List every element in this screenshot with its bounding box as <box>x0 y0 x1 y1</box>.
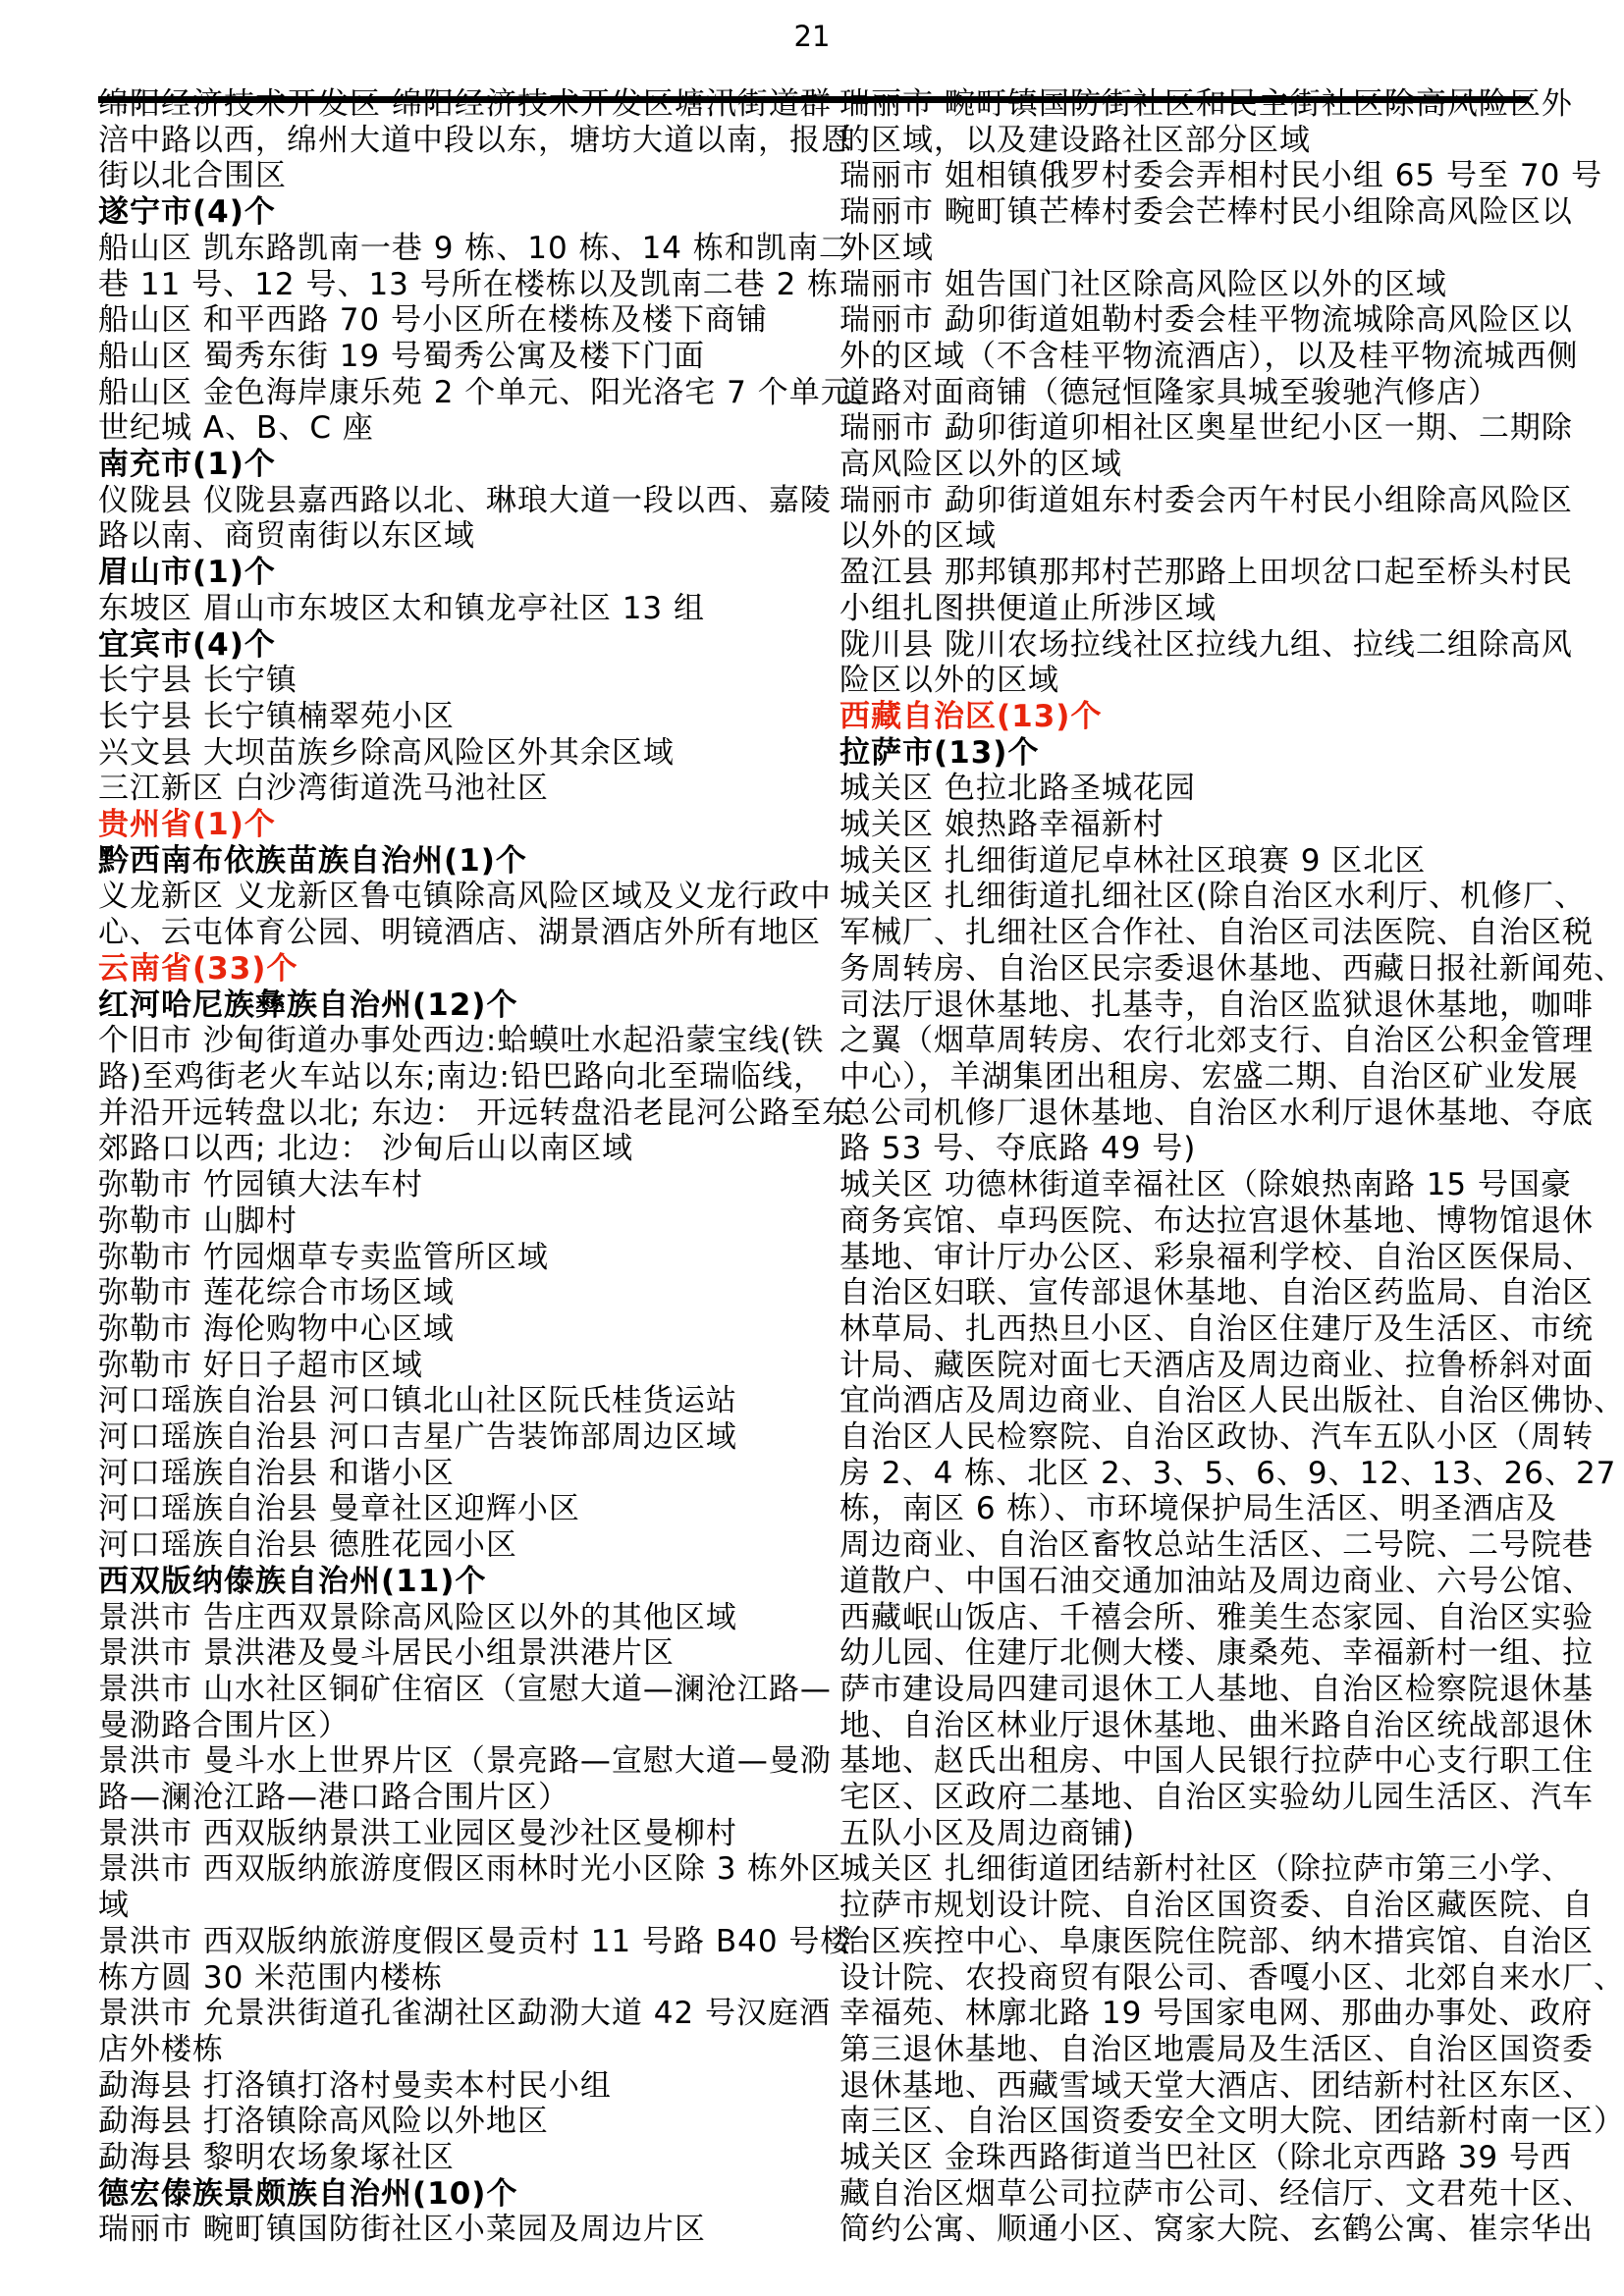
text-line: 弥勒市 莲花综合市场区域 <box>98 1275 817 1311</box>
text-line: 勐海县 黎明农场象塚社区 <box>98 2140 817 2176</box>
text-line: 世纪城 A、B、C 座 <box>98 410 817 447</box>
text-line: 宅区、区政府二基地、自治区实验幼儿园生活区、汽车 <box>839 1780 1558 1816</box>
text-line: 河口瑶族自治县 曼章社区迎辉小区 <box>98 1491 817 1527</box>
text-line: 五队小区及周边商铺) <box>839 1816 1558 1852</box>
text-line: 巷 11 号、12 号、13 号所在楼栋以及凯南二巷 2 栋 <box>98 267 817 303</box>
text-line: 自治区妇联、宣传部退休基地、自治区药监局、自治区 <box>839 1275 1558 1311</box>
text-line: 河口瑶族自治县 和谐小区 <box>98 1456 817 1492</box>
text-line: 拉萨市规划设计院、自治区国资委、自治区藏医院、自 <box>839 1888 1558 1924</box>
text-line: 军械厂、扎细社区合作社、自治区司法医院、自治区税 <box>839 915 1558 951</box>
text-line: 西双版纳傣族自治州(11)个 <box>98 1564 817 1600</box>
text-line: 务周转房、自治区民宗委退休基地、西藏日报社新闻苑、 <box>839 951 1558 988</box>
text-line: 街以北合围区 <box>98 158 817 194</box>
text-line: 城关区 扎细街道团结新村社区（除拉萨市第三小学、 <box>839 1851 1558 1888</box>
text-line: 西藏自治区(13)个 <box>839 699 1558 735</box>
text-line: 道散户、中国石油交通加油站及周边商业、六号公馆、 <box>839 1564 1558 1600</box>
text-line: 河口瑶族自治县 德胜花园小区 <box>98 1527 817 1564</box>
text-line: 瑞丽市 畹町镇芒棒村委会芒棒村民小组除高风险区以 <box>839 194 1558 231</box>
text-line: 房 2、4 栋、北区 2、3、5、6、9、12、13、26、27 <box>839 1456 1558 1492</box>
text-line: 瑞丽市 勐卯街道姐勒村委会桂平物流城除高风险区以 <box>839 302 1558 339</box>
text-line: 宜尚酒店及周边商业、自治区人民出版社、自治区佛协、 <box>839 1383 1558 1419</box>
text-line: 贵州省(1)个 <box>98 807 817 843</box>
text-line: 城关区 扎细街道扎细社区(除自治区水利厅、机修厂、 <box>839 879 1558 915</box>
text-line: 景洪市 景洪港及曼斗居民小组景洪港片区 <box>98 1635 817 1672</box>
text-line: 盈江县 那邦镇那邦村芒那路上田坝岔口起至桥头村民 <box>839 555 1558 591</box>
text-line: 萨市建设局四建司退休工人基地、自治区检察院退休基 <box>839 1672 1558 1708</box>
text-line: 黔西南布依族苗族自治州(1)个 <box>98 843 817 880</box>
text-line: 栋，南区 6 栋）、市环境保护局生活区、明圣酒店及 <box>839 1491 1558 1527</box>
text-line: 心、云屯体育公园、明镜酒店、湖景酒店外所有地区 <box>98 915 817 951</box>
text-line: 自治区人民检察院、自治区政协、汽车五队小区（周转 <box>839 1419 1558 1456</box>
text-line: 义龙新区 义龙新区鲁屯镇除高风险区域及义龙行政中 <box>98 879 817 915</box>
text-line: 林草局、扎西热旦小区、自治区住建厅及生活区、市统 <box>839 1311 1558 1348</box>
text-line: 南三区、自治区国资委安全文明大院、团结新村南一区） <box>839 2104 1558 2140</box>
text-line: 遂宁市(4)个 <box>98 194 817 231</box>
text-line: 瑞丽市 姐告国门社区除高风险区以外的区域 <box>839 267 1558 303</box>
text-line: 西藏岷山饭店、千禧会所、雅美生态家园、自治区实验 <box>839 1600 1558 1636</box>
right-column: 瑞丽市 畹町镇国防街社区和民主街社区除高风险区外的区域，以及建设路社区部分区域瑞… <box>839 86 1558 2248</box>
text-line: 瑞丽市 勐卯街道姐东村委会丙午村民小组除高风险区 <box>839 483 1558 519</box>
text-line: 三江新区 白沙湾街道洗马池社区 <box>98 771 817 807</box>
text-line: 周边商业、自治区畜牧总站生活区、二号院、二号院巷 <box>839 1527 1558 1564</box>
text-line: 船山区 凯东路凯南一巷 9 栋、10 栋、14 栋和凯南二 <box>98 231 817 267</box>
text-line: 弥勒市 竹园烟草专卖监管所区域 <box>98 1240 817 1276</box>
text-line: 路)至鸡街老火车站以东;南边:铅巴路向北至瑞临线， <box>98 1059 817 1095</box>
left-column: 绵阳经济技术开发区 绵阳经济技术开发区塘汛街道群涪中路以西，绵州大道中段以东，塘… <box>98 86 817 2248</box>
text-line: 景洪市 允景洪街道孔雀湖社区勐泐大道 42 号汉庭酒 <box>98 1996 817 2032</box>
text-line: 之翼（烟草周转房、农行北郊支行、自治区公积金管理 <box>839 1023 1558 1059</box>
text-line: 幼儿园、住建厅北侧大楼、康桑苑、幸福新村一组、拉 <box>839 1635 1558 1672</box>
text-line: 景洪市 山水社区铜矿住宿区（宣慰大道—澜沧江路— <box>98 1672 817 1708</box>
text-line: 南充市(1)个 <box>98 447 817 483</box>
text-line: 外区域 <box>839 231 1558 267</box>
text-line: 河口瑶族自治县 河口吉星广告装饰部周边区域 <box>98 1419 817 1456</box>
text-line: 计局、藏医院对面七天酒店及周边商业、拉鲁桥斜对面 <box>839 1348 1558 1384</box>
text-line: 道路对面商铺（德冠恒隆家具城至骏驰汽修店） <box>839 375 1558 411</box>
text-line: 景洪市 西双版纳旅游度假区雨林时光小区除 3 栋外区 <box>98 1851 817 1888</box>
text-line: 栋方圆 30 米范围内楼栋 <box>98 1960 817 1997</box>
text-line: 店外楼栋 <box>98 2032 817 2068</box>
text-line: 域 <box>98 1888 817 1924</box>
text-line: 宜宾市(4)个 <box>98 627 817 664</box>
text-line: 藏自治区烟草公司拉萨市公司、经信厅、文君苑十区、 <box>839 2176 1558 2213</box>
text-line: 基地、赵氏出租房、中国人民银行拉萨中心支行职工住 <box>839 1743 1558 1780</box>
text-line: 眉山市(1)个 <box>98 555 817 591</box>
text-line: 商务宾馆、卓玛医院、布达拉宫退休基地、博物馆退休 <box>839 1203 1558 1240</box>
text-line: 红河哈尼族彝族自治州(12)个 <box>98 988 817 1024</box>
text-line: 兴文县 大坝苗族乡除高风险区外其余区域 <box>98 735 817 772</box>
text-line: 绵阳经济技术开发区 绵阳经济技术开发区塘汛街道群 <box>98 86 817 123</box>
text-line: 长宁县 长宁镇 <box>98 663 817 699</box>
text-line: 瑞丽市 勐卯街道卯相社区奥星世纪小区一期、二期除 <box>839 410 1558 447</box>
text-line: 曼泐路合围片区） <box>98 1708 817 1744</box>
text-line: 路 53 号、夺底路 49 号) <box>839 1131 1558 1167</box>
text-line: 的区域，以及建设路社区部分区域 <box>839 123 1558 159</box>
text-line: 弥勒市 海伦购物中心区域 <box>98 1311 817 1348</box>
text-line: 河口瑶族自治县 河口镇北山社区阮氏桂货运站 <box>98 1383 817 1419</box>
text-line: 设计院、农投商贸有限公司、香嘎小区、北郊自来水厂、 <box>839 1960 1558 1997</box>
text-line: 景洪市 曼斗水上世界片区（景亮路—宣慰大道—曼泐 <box>98 1743 817 1780</box>
text-line: 城关区 功德林街道幸福社区（除娘热南路 15 号国豪 <box>839 1167 1558 1203</box>
text-line: 简约公寓、顺通小区、窝家大院、玄鹤公寓、崔宗华出 <box>839 2212 1558 2248</box>
text-line: 拉萨市(13)个 <box>839 735 1558 772</box>
text-line: 弥勒市 竹园镇大法车村 <box>98 1167 817 1203</box>
text-line: 船山区 蜀秀东街 19 号蜀秀公寓及楼下门面 <box>98 339 817 375</box>
text-line: 以外的区域 <box>839 518 1558 555</box>
text-line: 地、自治区林业厅退休基地、曲米路自治区统战部退休 <box>839 1708 1558 1744</box>
text-line: 幸福苑、林廓北路 19 号国家电网、那曲办事处、政府 <box>839 1996 1558 2032</box>
text-line: 中心），羊湖集团出租房、宏盛二期、自治区矿业发展 <box>839 1059 1558 1095</box>
text-line: 勐海县 打洛镇打洛村曼卖本村民小组 <box>98 2068 817 2105</box>
text-line: 司法厅退休基地、扎基寺，自治区监狱退休基地，咖啡 <box>839 988 1558 1024</box>
text-line: 郊路口以西; 北边： 沙甸后山以南区域 <box>98 1131 817 1167</box>
text-line: 总公司机修厂退休基地、自治区水利厅退休基地、夺底 <box>839 1095 1558 1132</box>
page-number: 21 <box>0 20 1624 53</box>
text-line: 城关区 娘热路幸福新村 <box>839 807 1558 843</box>
text-line: 高风险区以外的区域 <box>839 447 1558 483</box>
text-line: 弥勒市 山脚村 <box>98 1203 817 1240</box>
text-line: 城关区 金珠西路街道当巴社区（除北京西路 39 号西 <box>839 2140 1558 2176</box>
text-line: 瑞丽市 畹町镇国防街社区小菜园及周边片区 <box>98 2212 817 2248</box>
text-line: 德宏傣族景颇族自治州(10)个 <box>98 2176 817 2213</box>
text-line: 退休基地、西藏雪域天堂大酒店、团结新村社区东区、 <box>839 2068 1558 2105</box>
text-line: 基地、审计厅办公区、彩泉福利学校、自治区医保局、 <box>839 1240 1558 1276</box>
text-line: 并沿开远转盘以北; 东边： 开远转盘沿老昆河公路至东 <box>98 1095 817 1132</box>
text-line: 小组扎图拱便道止所涉区域 <box>839 591 1558 627</box>
text-line: 涪中路以西，绵州大道中段以东，塘坊大道以南，报恩 <box>98 123 817 159</box>
document-page: 21 绵阳经济技术开发区 绵阳经济技术开发区塘汛街道群涪中路以西，绵州大道中段以… <box>0 0 1624 2296</box>
text-line: 路—澜沧江路—港口路合围片区） <box>98 1780 817 1816</box>
text-line: 东坡区 眉山市东坡区太和镇龙亭社区 13 组 <box>98 591 817 627</box>
text-line: 陇川县 陇川农场拉线社区拉线九组、拉线二组除高风 <box>839 627 1558 664</box>
text-line: 城关区 色拉北路圣城花园 <box>839 771 1558 807</box>
text-line: 瑞丽市 畹町镇国防街社区和民主街社区除高风险区外 <box>839 86 1558 123</box>
text-line: 景洪市 西双版纳旅游度假区曼贡村 11 号路 B40 号楼 <box>98 1924 817 1960</box>
text-line: 城关区 扎细街道尼卓林社区琅赛 9 区北区 <box>839 843 1558 880</box>
text-line: 长宁县 长宁镇楠翠苑小区 <box>98 699 817 735</box>
text-line: 景洪市 告庄西双景除高风险区以外的其他区域 <box>98 1600 817 1636</box>
text-line: 船山区 金色海岸康乐苑 2 个单元、阳光洛宅 7 个单元、 <box>98 375 817 411</box>
text-line: 个旧市 沙甸街道办事处西边:蛤蟆吐水起沿蒙宝线(铁 <box>98 1023 817 1059</box>
text-line: 治区疾控中心、阜康医院住院部、纳木措宾馆、自治区 <box>839 1924 1558 1960</box>
text-line: 第三退休基地、自治区地震局及生活区、自治区国资委 <box>839 2032 1558 2068</box>
text-line: 勐海县 打洛镇除高风险以外地区 <box>98 2104 817 2140</box>
text-line: 外的区域（不含桂平物流酒店），以及桂平物流城西侧 <box>839 339 1558 375</box>
text-line: 瑞丽市 姐相镇俄罗村委会弄相村民小组 65 号至 70 号 <box>839 158 1558 194</box>
text-line: 路以南、商贸南街以东区域 <box>98 518 817 555</box>
text-line: 险区以外的区域 <box>839 663 1558 699</box>
text-line: 弥勒市 好日子超市区域 <box>98 1348 817 1384</box>
text-line: 仪陇县 仪陇县嘉西路以北、琳琅大道一段以西、嘉陵 <box>98 483 817 519</box>
text-line: 景洪市 西双版纳景洪工业园区曼沙社区曼柳村 <box>98 1816 817 1852</box>
text-line: 云南省(33)个 <box>98 951 817 988</box>
text-line: 船山区 和平西路 70 号小区所在楼栋及楼下商铺 <box>98 302 817 339</box>
